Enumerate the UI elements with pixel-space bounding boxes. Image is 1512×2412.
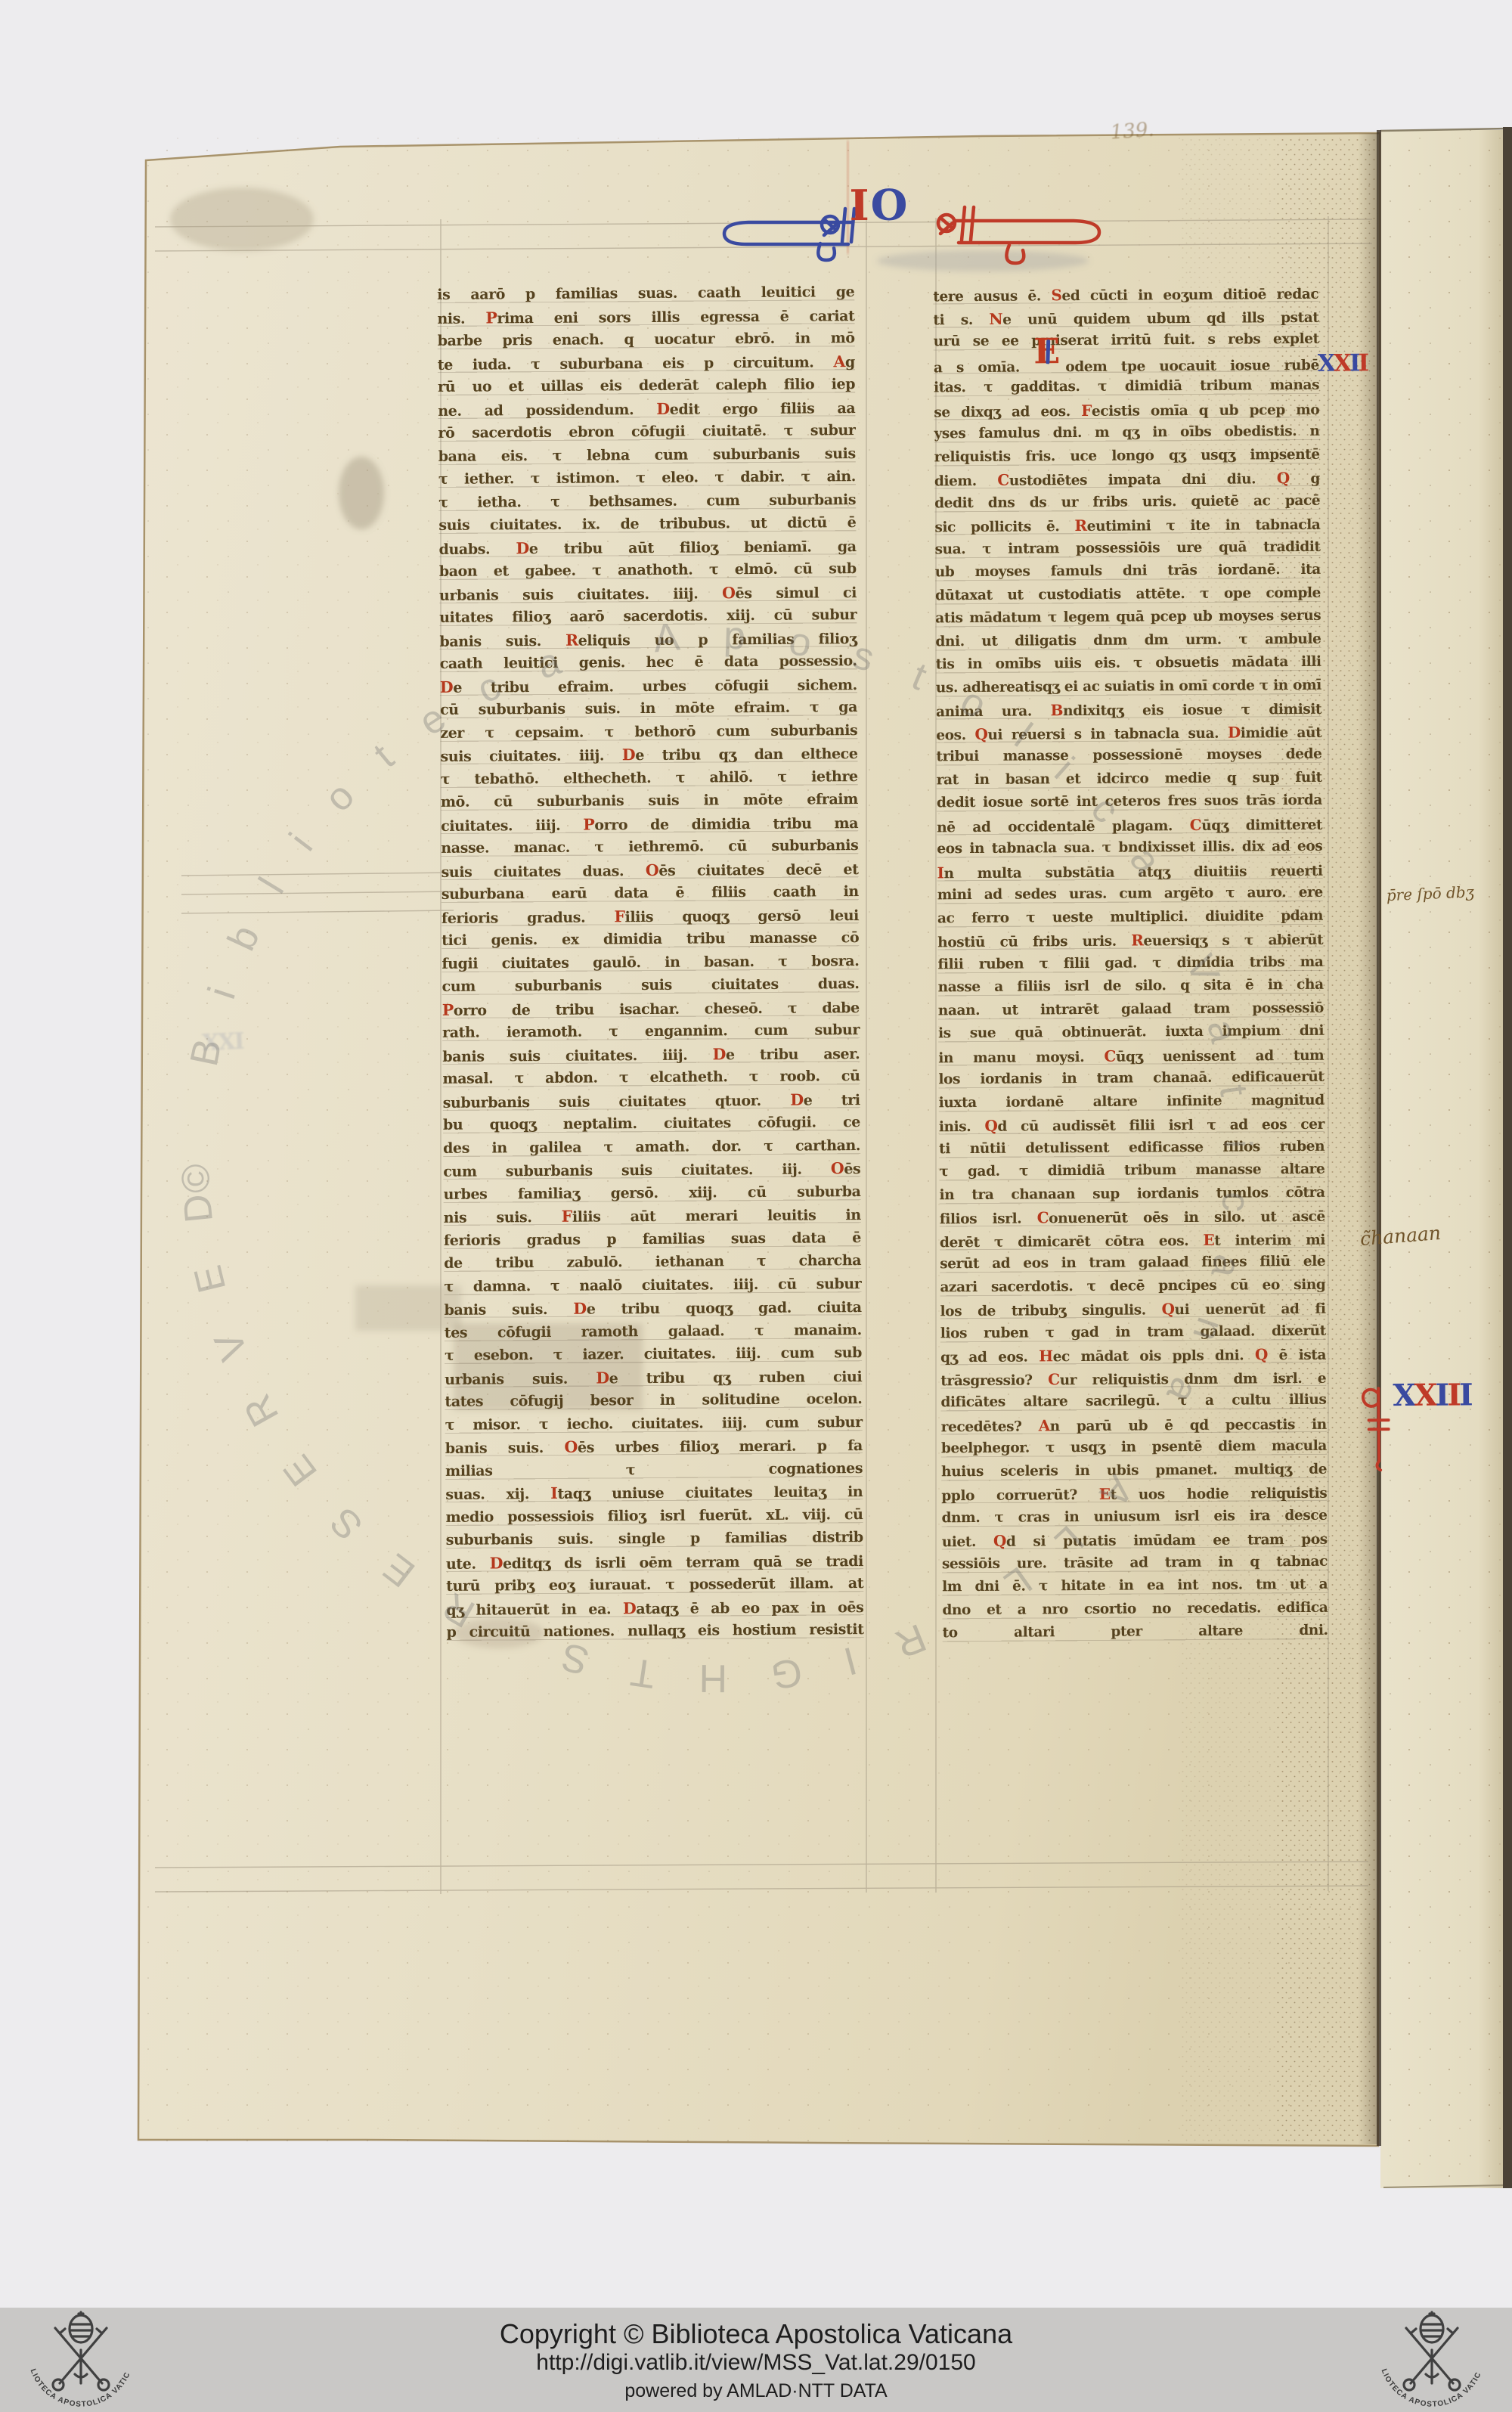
manuscript-text-line: uitates filioʒ aarō sacerdotis. xiij. cū… [439,603,857,629]
manuscript-text-line: τ damna. τ naalō ciuitates. iiij. cū sub… [444,1273,861,1298]
footer-bar: BIBLIOTECA APOSTOLICA VATICANA BIBLIOTEC… [0,2308,1512,2412]
manuscript-text-line: nē ad occidentalē plagam. Cūqʒ dimittere… [937,812,1322,838]
manuscript-text-line: suas. xij. Itaqʒ uniuse ciuitates leuita… [445,1480,863,1505]
manuscript-text-line: rat in basan et idcirco medie q sup fuit [937,766,1322,792]
manuscript-text-line: suburbanis suis ciuitates qtuor. De tri [443,1088,860,1114]
manuscript-text-line: rū uo et uillas eis dederāt caleph filio… [438,373,855,398]
manuscript-text-line: ti s. Ne unū quidem ubum qd ills pstat [933,305,1318,330]
manuscript-text-line: baon et gabee. τ anathoth. τ elmō. cū su… [439,557,857,583]
text-column-left: is aarō p familias suas. caath leuitici … [437,281,864,1644]
manuscript-text-line: lios ruben τ gad in tram galaad. dixerūt [940,1319,1326,1345]
manuscript-text-line: tribui manasse possessionē moyses dede [936,743,1321,769]
manuscript-text-line: tates cōfugij besor in solitudine ocelon… [445,1387,862,1413]
chapter-numeral-letter: I [1435,1378,1447,1413]
manuscript-text-line: τ tebathō. elthecheth. τ ahilō. τ iethre [441,765,858,791]
manuscript-text-line: naan. ut intrarēt galaad tram possessiō [938,997,1324,1022]
running-header-letter: I [849,181,871,231]
manuscript-text-line: us. adhereatisqʒ ei ac suiatis in omī co… [936,674,1321,699]
manuscript-text-line: banis suis. Oēs urbes filioʒ merari. p f… [445,1434,863,1459]
manuscript-text-line: to altari pter altare dni. [943,1620,1328,1645]
manuscript-text-line: hostiū cū fribs uris. Reuersiqʒ s τ abie… [937,928,1323,953]
manuscript-text-line: medio possessiois filioʒ isrl fuerūt. xL… [445,1503,863,1529]
manuscript-text-line: τ ietha. τ bethsames. cum suburbanis [438,488,856,514]
manuscript-text-line: tes cōfugii ramoth galaad. τ manaim. [445,1319,862,1344]
manuscript-text-line: lm dni ē. τ hitate in ea int nos. tm ut … [942,1573,1328,1599]
manuscript-text-line: nasse a filiis isrl de silo. q sita ē in… [938,974,1324,1000]
manuscript-text-line: reliquistis fris. uce longo qʒ usqʒ imps… [934,443,1320,469]
manuscript-text-line: dificātes altare sacrilegū. τ a cultu il… [940,1389,1326,1415]
manuscript-text-line: suburbanis suis. single p familias distr… [446,1526,863,1552]
manuscript-text-line: se dixqʒ ad eos. Fecistis omīa q ub pcep… [934,397,1319,423]
manuscript-text-line: ac ferro τ ueste multiplici. diuidite pd… [937,904,1323,930]
chapter-numeral-letter: X [1414,1378,1435,1413]
manuscript-text-line: urbanis suis. De tribu qʒ ruben ciui [445,1365,862,1390]
running-header-letter: O [870,181,909,231]
marginal-gloss: p̄re ſpō dbʒ [1386,882,1474,904]
manuscript-text-line: τ gad. τ dimidiā tribum manasse altare [939,1158,1325,1184]
manuscript-text-line: eos in tabnacla sua. τ bndixisset illis.… [937,836,1322,861]
decorated-initial-E: E [1033,353,1065,371]
manuscript-text-line: uiet. Qd si putatis imūdam ee tram pos [942,1527,1328,1553]
chapter-numeral-letter: I [1358,349,1367,377]
manuscript-text-line: inis. Qd cū audissēt filii isrl τ ad eos… [939,1112,1325,1138]
manuscript-text-line: caath leuitici genis. hec ē data possess… [440,650,857,675]
manuscript-text-line: urbes familiaʒ gersō. xiij. cū suburba [443,1180,860,1206]
manuscript-text-line: derēt τ dimicarēt cōtra eos. Et interim … [940,1227,1325,1253]
manuscript-text-line: filios isrl. Conuenerūt oēs in silo. ut … [940,1204,1325,1230]
manuscript-text-line: urū se ee pmiserat irritū fuit. s rebs e… [934,328,1319,354]
manuscript-text-line: In multa substātia atqʒ diuitiis reuerti [937,858,1322,884]
manuscript-text-line: τ misor. τ iecho. ciuitates. iiij. cum s… [445,1411,863,1437]
manuscript-text-line: nasse. manac. τ iethremō. cū suburbanis [441,834,858,860]
manuscript-text-line: tere ausus ē. Sed cūcti in eoʒum ditioē … [933,282,1318,308]
manuscript-text-line: ferioris gradus p familias suas data ē [444,1226,861,1252]
manuscript-text-line: pplo corruerūt? Et uos hodie reliquistis [941,1481,1327,1507]
manuscript-text-line: iuxta iordanē altare infinite magnitud [939,1089,1325,1115]
chapter-numeral-letter: I [1459,1377,1471,1412]
manuscript-text-line: azari sacerdotis. τ decē pncipes cū eo s… [940,1273,1325,1299]
manuscript-text-line: in manu moysi. Cūqʒ uenissent ad tum [938,1043,1324,1068]
chapter-numeral-letter: X [1334,349,1349,377]
manuscript-text-line: de tribu zabulō. iethanan τ charcha [444,1249,861,1275]
chapter-numeral-letter: X [1393,1378,1414,1413]
manuscript-text-line: dnm. τ cras in uniusum isrl eis ira desc… [941,1504,1327,1530]
text-column-right: tere ausus ē. Sed cūcti in eoʒum ditioē … [933,282,1328,1645]
manuscript-text-line: beelphegor. τ usqʒ in psentē diem macula [941,1435,1327,1461]
manuscript-text-line: ub moyses famuls dni trās iordanē. ita [935,559,1321,584]
manuscript-text-line: bu quoqʒ neptalim. ciuitates cōfugii. ce [443,1111,860,1136]
manuscript-text-layer: IO 139. is aarō p familias suas. caath l… [0,0,1512,2412]
manuscript-text-line: filii ruben τ filii gad. τ dimidia tribs… [937,950,1323,976]
manuscript-text-line: ciuitates. iiij. Porro de dimidia tribu … [441,811,858,837]
manuscript-text-line: banis suis ciuitates. iiij. De tribu ase… [442,1042,860,1068]
digitized-manuscript-page: IO 139. is aarō p familias suas. caath l… [0,0,1512,2412]
manuscript-text-line: is sue quā obtinuerāt. iuxta impium dni [938,1020,1324,1046]
manuscript-text-line: suis ciuitates. ix. de tribubus. ut dict… [438,511,856,537]
manuscript-text-line: bana eis. τ lebna cum suburbanis suis [438,442,856,468]
manuscript-text-line: nis. Prima eni sors illis egressa ē cari… [437,304,854,330]
footer-copyright: Copyright © Biblioteca Apostolica Vatica… [0,2318,1512,2350]
manuscript-text-line: qʒ hitauerūt in ea. Dataqʒ ē ab eo pax i… [446,1595,863,1621]
manuscript-text-line: dedit dns ds ur fribs uris. quietē ac pa… [934,489,1320,515]
manuscript-text-line: sua. τ intram possessiōis ure quā tradid… [935,535,1321,561]
manuscript-text-line: suis ciuitates duas. Oēs ciuitates decē … [441,857,858,883]
chapter-numeral-xxiii: XXIII [1359,1377,1471,1471]
manuscript-text-line: zer τ cepsaim. τ bethorō cum suburbanis [440,719,857,745]
manuscript-text-line: eos. Qui reuersi s in tabnacla sua. Dimi… [936,720,1321,746]
manuscript-text-line: in tra chanaan sup iordanis tumlos cōtra [939,1181,1325,1207]
manuscript-text-line: sessiōis ure. trāsite ad tram in q tabna… [942,1550,1328,1576]
marginal-gloss: c̃hanaan [1359,1222,1442,1250]
folio-number: 139. [1110,118,1155,144]
manuscript-text-line: barbe pris enach. q uocatur ebrō. in mō [438,327,855,352]
manuscript-text-line: yses famulus dni. m qʒ in oībs obedistis… [934,420,1319,446]
manuscript-text-line: cum suburbanis suis ciuitates. iij. Oēs [443,1157,860,1183]
manuscript-text-line: ti nūtii detulissent edificasse filios r… [939,1135,1325,1161]
manuscript-text-line: huius sceleris in ubis pmanet. multiqʒ d… [941,1458,1327,1483]
manuscript-text-line: diem. Custodiētes impata dni diu. Q g [934,467,1320,492]
manuscript-text-line: los iordanis in tram chanaā. edificauerū… [938,1066,1324,1092]
manuscript-text-line: trāsgressio? Cur reliquistis dnm dm isrl… [940,1366,1326,1391]
manuscript-text-line: τ esebon. τ iazer. ciuitates. iiij. cum … [445,1341,862,1367]
manuscript-text-line: is aarō p familias suas. caath leuitici … [437,281,854,306]
manuscript-text-line: rath. ieramoth. τ engannim. cum subur [442,1018,860,1044]
manuscript-text-line: qʒ ad eos. Hec mādat ois ppls dni. Q ē i… [940,1343,1326,1369]
chapter-numeral-letter: I [1349,349,1359,377]
manuscript-text-line: cū suburbanis suis. in mōte efraim. τ ga [440,696,857,721]
manuscript-text-line: τ iether. τ istimon. τ eleo. τ dabir. τ … [438,465,856,491]
manuscript-text-line: sic pollicits ē. Reutimini τ ite in tabn… [934,513,1320,538]
manuscript-text-line: dūtaxat ut custodiatis attēte. τ ope com… [935,581,1321,607]
manuscript-text-line: dni. ut diligatis dnm dm urm. τ ambule [935,628,1321,653]
manuscript-text-line: nis suis. Filiis aūt merari leuitis in [444,1203,861,1229]
manuscript-text-line: ute. Deditqʒ ds isrli oēm terram quā se … [446,1549,863,1575]
manuscript-text-line: p circuitū nationes. nullaqʒ eis hostium… [446,1618,863,1644]
manuscript-text-line: De tribu efraim. urbes cōfugii sichem. [440,673,857,699]
footer-powered-by: powered by AMLAD·NTT DATA [0,2380,1512,2402]
manuscript-text-line: suburbana earū data ē filiis caath in [442,880,859,906]
manuscript-text-line: fugii ciuitates gaulō. in basan. τ bosra… [442,950,859,975]
manuscript-text-line: banis suis. Reliquis uo p familias filio… [439,627,857,653]
manuscript-text-line: recedētes? An parū ub ē qd peccastis in [941,1412,1327,1437]
manuscript-text-line: suis ciuitates. iiij. De tribu qʒ dan el… [440,742,857,767]
chapter-numeral-letter: I [1447,1378,1459,1413]
manuscript-text-line: dno et a nro csortio no recedatis. edifi… [942,1596,1328,1622]
manuscript-text-line: cum suburbanis suis ciuitates duas. [442,972,860,998]
manuscript-text-line: dedit iosue sortē int ceteros fres suos … [937,789,1322,815]
manuscript-text-line: duabs. De tribu aūt filioʒ beniamī. ga [438,535,856,560]
manuscript-text-line: Porro de tribu isachar. cheseō. τ dabe [442,996,860,1022]
manuscript-text-line: banis suis. De tribu quoqʒ gad. ciuita [445,1295,862,1321]
running-header: IO [849,181,909,231]
manuscript-text-line: ne. ad possidendum. Dedit ergo filiis aa [438,396,855,422]
chapter-numeral-xxii: XXII [1318,349,1367,377]
footer-url: http://digi.vatlib.it/view/MSS_Vat.lat.2… [0,2350,1512,2376]
manuscript-text-line: mō. cū suburbanis suis in mōte efraim [441,788,858,814]
manuscript-text-line: turū pribʒ eoʒ iurauat. τ possederūt ill… [446,1572,863,1598]
manuscript-text-line: te iuda. τ suburbana eis p circuitum. Ag [438,350,855,376]
manuscript-text-line: tici genis. ex dimidia tribu manasse cō [442,926,859,952]
manuscript-text-line: ferioris gradus. Filiis quoqʒ gersō leui [442,904,859,929]
manuscript-text-line: mini ad sedes uras. cum argēto τ auro. e… [937,882,1323,907]
manuscript-text-line: milias τ cognationes [445,1457,863,1483]
manuscript-text-line: itas. τ gadditas. τ dimidiā tribum manas [934,374,1319,400]
manuscript-text-line: tis in omībs uiis eis. τ obsuetis mādata… [936,651,1321,677]
show-through-chapter-numeral: XXI [201,1028,243,1056]
paragraph-mark-icon [1359,1381,1390,1471]
manuscript-text-line: urbanis suis ciuitates. iiij. Oēs simul … [439,581,857,606]
manuscript-text-line: rō sacerdotis ebron cōfugii ciuitatē. τ … [438,419,855,445]
manuscript-text-line: los de tribubʒ singulis. Qui uenerūt ad … [940,1297,1326,1322]
manuscript-text-line: atis mādatum τ legem quā pcep ub moyses … [935,605,1321,631]
manuscript-text-line: a s omīa. Eodem tpe uocauit iosue rubē [934,351,1319,377]
chapter-numeral-letter: X [1318,350,1334,377]
manuscript-text-line: anima ura. Bndixitqʒ eis iosue τ dimisit [936,697,1321,723]
manuscript-text-line: masal. τ abdon. τ elcatheth. τ roob. cū [442,1065,860,1090]
manuscript-text-line: des in galilea τ amath. dor. τ carthan. [443,1134,860,1160]
manuscript-text-line: serūt ad eos in tram galaad finees filiū… [940,1251,1325,1276]
